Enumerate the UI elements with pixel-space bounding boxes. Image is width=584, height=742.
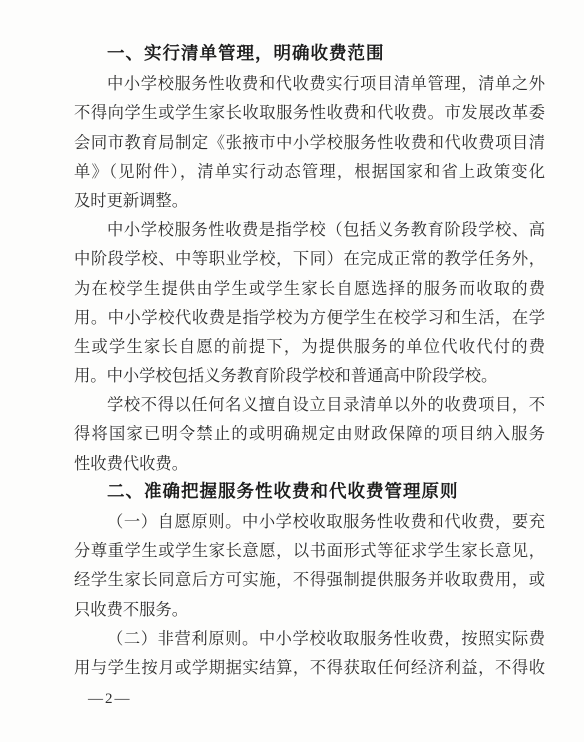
text-line: 不得向学生或学生家长收取服务性收费和代收费。市发展改革委 bbox=[74, 98, 545, 127]
text-line: 经学生家长同意后方可实施，不得强制提供服务并收取费用，或 bbox=[74, 565, 545, 594]
text-line: 中阶段学校、中等职业学校，下同）在完成正常的教学任务外， bbox=[74, 244, 545, 273]
text-line: 得将国家已明令禁止的或明确规定由财政保障的项目纳入服务 bbox=[74, 419, 545, 448]
text-line: 用与学生按月或学期据实结算，不得获取任何经济利益，不得收 bbox=[74, 653, 545, 682]
text-line: 中小学校服务性收费是指学校（包括义务教育阶段学校、高 bbox=[74, 215, 545, 244]
text-line: 只收费不服务。 bbox=[74, 595, 545, 624]
text-line: 用。中小学校代收费是指学校为方便学生在校学习和生活，在学 bbox=[74, 303, 545, 332]
text-line: 会同市教育局制定《张掖市中小学校服务性收费和代收费项目清 bbox=[74, 128, 545, 157]
text-line: （一）自愿原则。中小学校收取服务性收费和代收费，要充 bbox=[74, 507, 545, 536]
page-number: —2— bbox=[88, 689, 132, 709]
text-line: 性收费代收费。 bbox=[74, 449, 545, 478]
text-line: 单》（见附件），清单实行动态管理，根据国家和省上政策变化 bbox=[74, 157, 545, 186]
text-line: 分尊重学生或学生家长意愿，以书面形式等征求学生家长意见， bbox=[74, 536, 545, 565]
text-line: 中小学校服务性收费和代收费实行项目清单管理，清单之外 bbox=[74, 69, 545, 98]
text-line: 为在校学生提供由学生或学生家长自愿选择的服务而收取的费 bbox=[74, 274, 545, 303]
text-line: 用。中小学校包括义务教育阶段学校和普通高中阶段学校。 bbox=[74, 361, 545, 390]
section-1-heading: 一、实行清单管理，明确收费范围 bbox=[74, 40, 545, 69]
text-line: （二）非营利原则。中小学校收取服务性收费，按照实际费 bbox=[74, 624, 545, 653]
text-line: 学校不得以任何名义擅自设立目录清单以外的收费项目，不 bbox=[74, 390, 545, 419]
text-line: 及时更新调整。 bbox=[74, 186, 545, 215]
document-body: 一、实行清单管理，明确收费范围 中小学校服务性收费和代收费实行项目清单管理，清单… bbox=[74, 40, 545, 682]
text-line: 生或学生家长自愿的前提下，为提供服务的单位代收代付的费 bbox=[74, 332, 545, 361]
scanned-document-page: 一、实行清单管理，明确收费范围 中小学校服务性收费和代收费实行项目清单管理，清单… bbox=[0, 0, 584, 742]
section-2-heading: 二、准确把握服务性收费和代收费管理原则 bbox=[74, 478, 545, 507]
